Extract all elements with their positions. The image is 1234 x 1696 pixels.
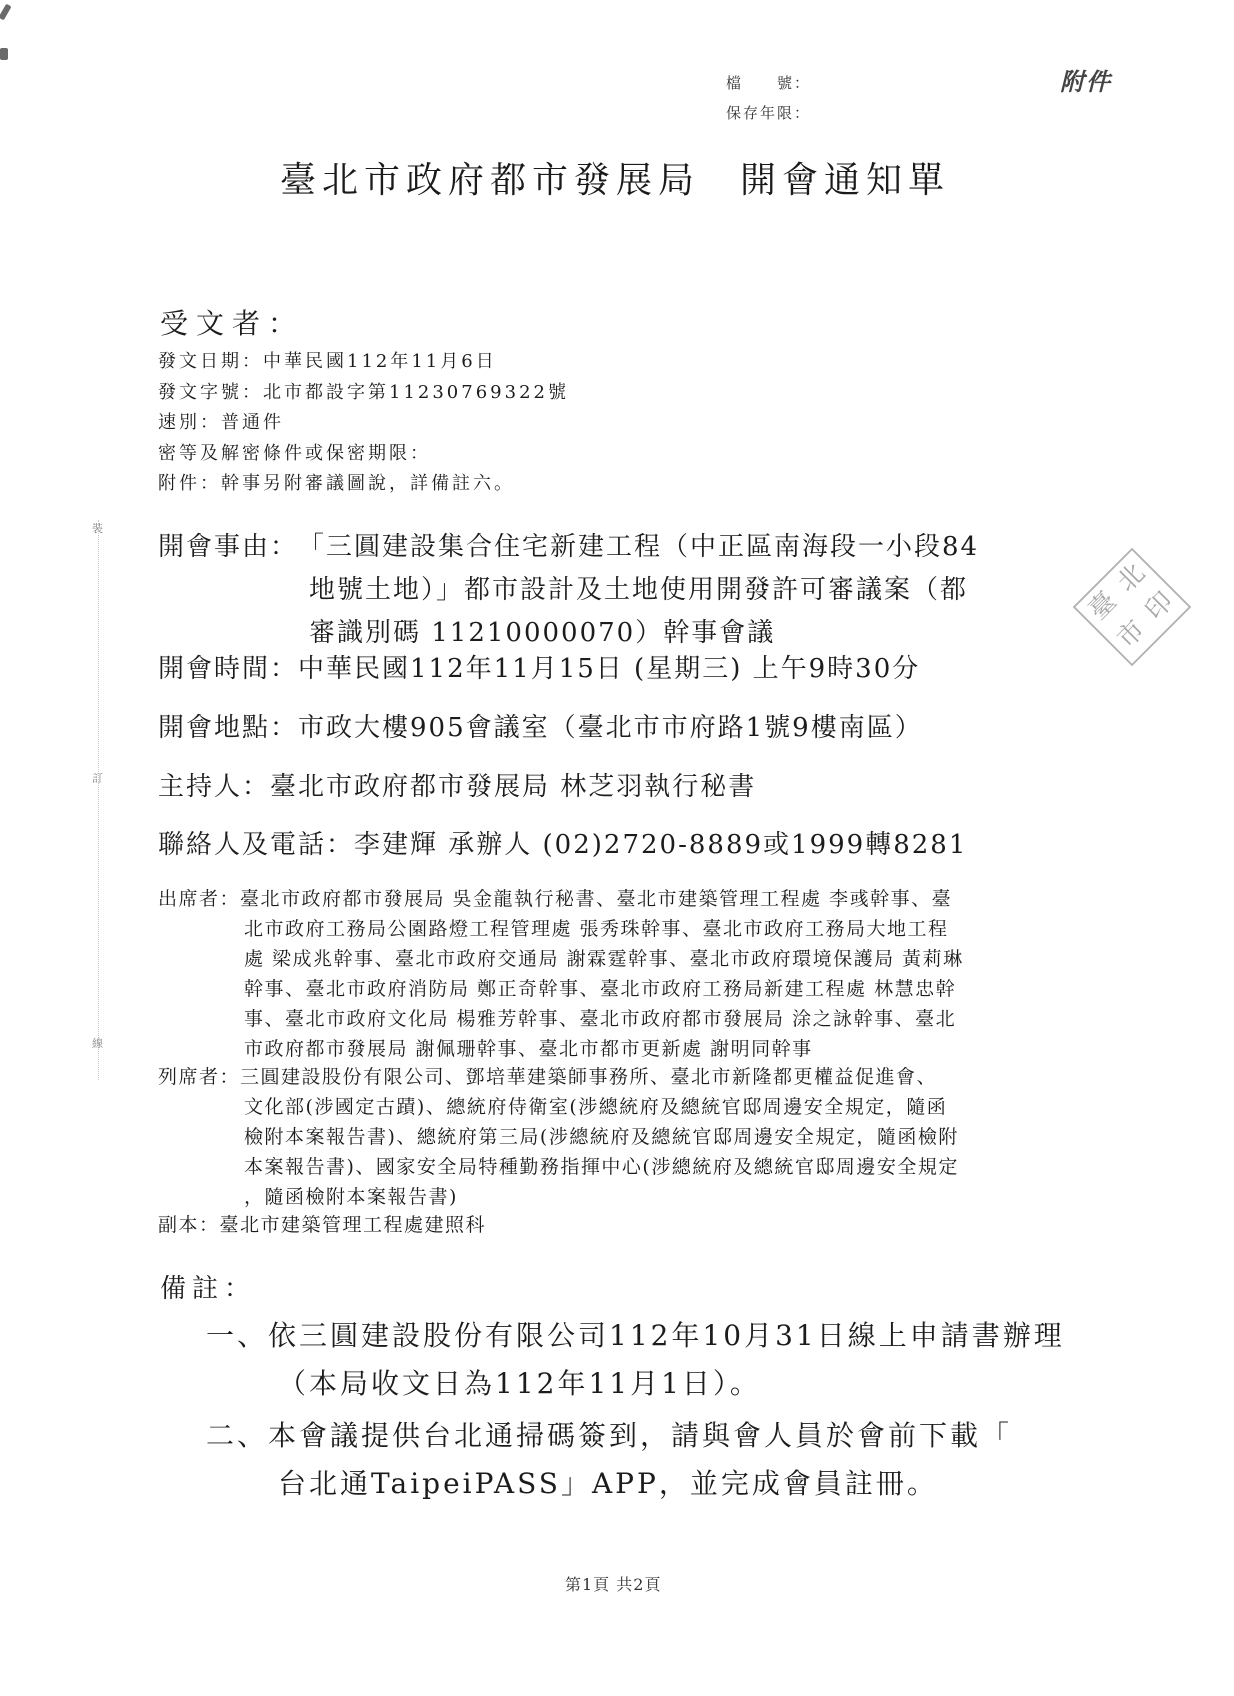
meeting-location: 開會地點：市政大樓905會議室（臺北市市府路1號9樓南區） <box>158 707 923 744</box>
recipient-label: 受文者： <box>160 302 304 342</box>
urgency: 速別：普通件 <box>158 408 569 439</box>
observers-line: 三圓建設股份有限公司、鄧培華建築師事務所、臺北市新隆都更權益促進會、 <box>240 1066 937 1088</box>
document-meta: 發文日期：中華民國112年11月6日 發文字號：北市都設字第1123076932… <box>158 347 569 500</box>
page-number: 第1頁 共2頁 <box>565 1572 661 1595</box>
carbon-copy: 副本：臺北市建築管理工程處建照科 <box>158 1210 486 1237</box>
attendees-line: 處 梁成兆幹事、臺北市政府交通局 謝霖霆幹事、臺北市政府環境保護局 黃莉琳 <box>158 944 964 974</box>
document-title: 臺北市政府都市發展局開會通知單 <box>280 152 950 203</box>
attendees-line: 北市政府工務局公園路燈工程管理處 張秀珠幹事、臺北市政府工務局大地工程 <box>158 914 964 944</box>
note-item: 一、依三圓建設股份有限公司112年10月31日線上申請書辦理 （本局收文日為11… <box>206 1312 1065 1408</box>
confidentiality: 密等及解密條件或保密期限： <box>158 439 569 470</box>
observers-line: ，隨函檢附本案報告書) <box>158 1182 959 1212</box>
observers-line: 檢附本案報告書)、總統府第三局(涉總統府及總統官邸周邊安全規定，隨函檢附 <box>158 1122 959 1152</box>
observers-line: 文化部(涉國定古蹟)、總統府侍衛室(涉總統府及總統官邸周邊安全規定，隨函 <box>158 1092 959 1122</box>
attendees-line: 事、臺北市政府文化局 楊雅芳幹事、臺北市政府都市發展局 涂之詠幹事、臺北 <box>158 1004 964 1034</box>
note-text: 台北通TaipeiPASS」APP，並完成會員註冊。 <box>206 1460 1012 1508</box>
file-number-label: 檔 號： <box>726 68 811 98</box>
binding-mark: 訂 <box>92 770 103 786</box>
agency-name: 臺北市政府都市發展局 <box>280 160 700 201</box>
scan-mark <box>0 48 8 60</box>
attendees-label: 出席者： <box>158 888 240 910</box>
retention-label: 保存年限： <box>726 98 811 128</box>
note-text: （本局收文日為112年11月1日）。 <box>206 1360 1065 1408</box>
observers-label: 列席者： <box>158 1066 240 1088</box>
binding-mark: 線 <box>92 1035 103 1051</box>
meeting-subject: 開會事由：「三圓建設集合住宅新建工程（中正區南海段一小段84 地號土地）」都市設… <box>158 526 979 655</box>
document-type: 開會通知單 <box>740 160 950 201</box>
note-item: 二、本會議提供台北通掃碼簽到，請與會人員於會前下載「 台北通TaipeiPASS… <box>206 1412 1012 1508</box>
observers-line: 本案報告書)、國家安全局特種勤務指揮中心(涉總統府及總統官邸周邊安全規定 <box>158 1152 959 1182</box>
scan-mark <box>0 4 12 21</box>
attachment-note: 附件：幹事另附審議圖說，詳備註六。 <box>158 469 569 500</box>
attendees-line: 幹事、臺北市政府消防局 鄭正奇幹事、臺北市政府工務局新建工程處 林慧忠幹 <box>158 974 964 1004</box>
note-text: 二、本會議提供台北通掃碼簽到，請與會人員於會前下載「 <box>206 1412 1012 1460</box>
attendees-line: 市政府都市發展局 謝佩珊幹事、臺北市都市更新處 謝明同幹事 <box>158 1034 964 1064</box>
attachment-stamp: 附件 <box>1060 62 1112 97</box>
document-number: 發文字號：北市都設字第11230769322號 <box>158 378 569 409</box>
official-seal-stamp: 臺 北 市 印 <box>1073 548 1192 667</box>
attendees-line: 臺北市政府都市發展局 吳金龍執行秘書、臺北市建築管理工程處 李彧幹事、臺 <box>240 888 952 910</box>
subject-line: 「三圓建設集合住宅新建工程（中正區南海段一小段84 <box>298 532 979 562</box>
subject-label: 開會事由： <box>158 526 298 569</box>
binding-margin-line <box>98 520 99 1080</box>
file-metadata: 檔 號： 保存年限： <box>726 68 811 128</box>
issue-date: 發文日期：中華民國112年11月6日 <box>158 347 569 378</box>
notes-label: 備註： <box>160 1268 256 1305</box>
meeting-host: 主持人：臺北市政府都市發展局 林芝羽執行秘書 <box>158 766 756 803</box>
subject-line: 地號土地）」都市設計及土地使用開發許可審議案（都 <box>158 569 979 612</box>
meeting-contact: 聯絡人及電話：李建輝 承辦人 (02)2720-8889或1999轉8281 <box>158 824 967 861</box>
meeting-time: 開會時間：中華民國112年11月15日 (星期三) 上午9時30分 <box>158 648 920 685</box>
attendees-list: 出席者：臺北市政府都市發展局 吳金龍執行秘書、臺北市建築管理工程處 李彧幹事、臺… <box>158 884 964 1064</box>
binding-mark: 裝 <box>92 520 103 536</box>
observers-list: 列席者：三圓建設股份有限公司、鄧培華建築師事務所、臺北市新隆都更權益促進會、 文… <box>158 1062 959 1212</box>
note-text: 一、依三圓建設股份有限公司112年10月31日線上申請書辦理 <box>206 1312 1065 1360</box>
